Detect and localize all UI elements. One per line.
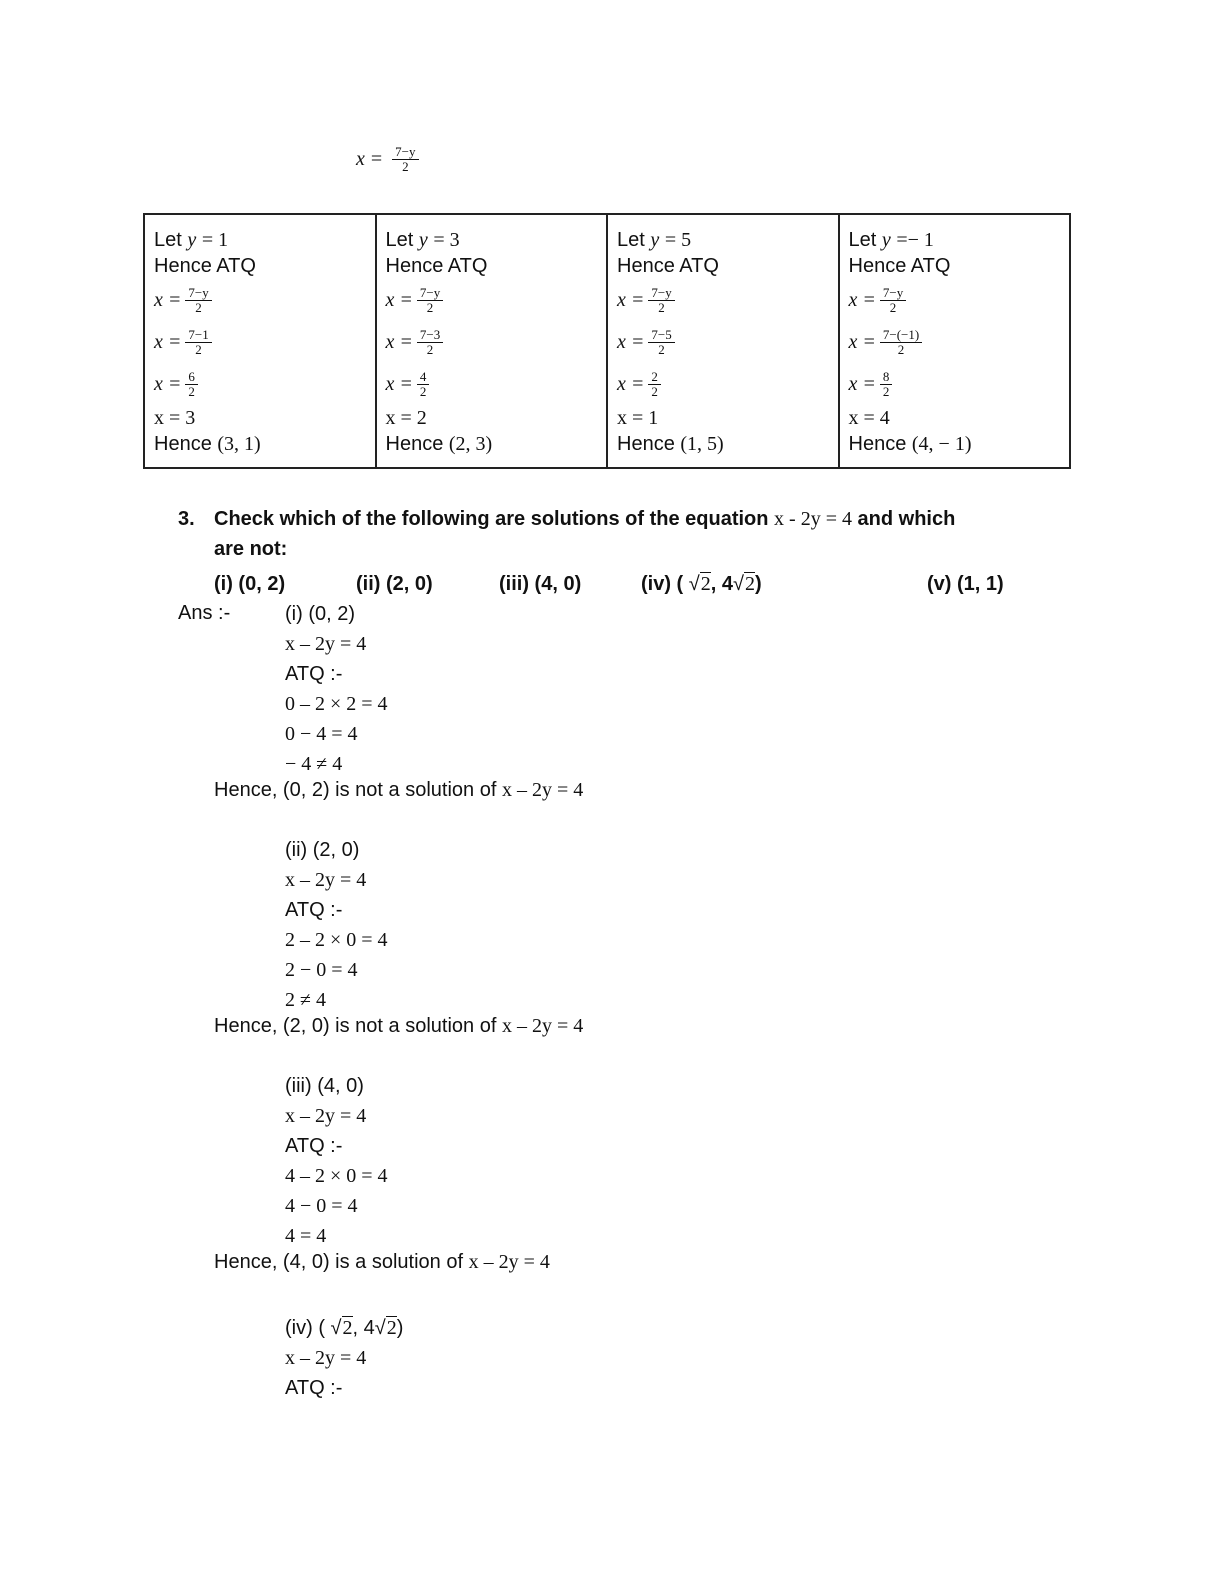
top-eq-lhs: x	[356, 148, 365, 171]
sqrt-icon: √	[733, 573, 744, 595]
conclusion-i: Hence, (0, 2) is not a solution of x – 2…	[214, 779, 583, 802]
answer-part-iii: (iii) (4, 0) x – 2y = 4 ATQ :- 4 – 2 × 0…	[285, 1071, 388, 1251]
table-cell-y1: Let y = 1 Hence ATQ x =7−y2 x =7−12 x =6…	[144, 214, 376, 468]
question-3-number: 3.	[178, 508, 195, 531]
option-i: (i) (0, 2)	[214, 573, 285, 596]
table-cell-y5: Let y = 5 Hence ATQ x =7−y2 x =7−52 x =2…	[607, 214, 839, 468]
option-v: (v) (1, 1)	[927, 573, 1004, 596]
top-eq-sign: =	[371, 148, 382, 171]
sqrt-icon: √	[331, 1317, 342, 1339]
top-equation: x = 7−y 2	[356, 145, 419, 174]
option-ii: (ii) (2, 0)	[356, 573, 433, 596]
table-cell-y3: Let y = 3 Hence ATQ x =7−y2 x =7−32 x =4…	[376, 214, 608, 468]
substitution-table: Let y = 1 Hence ATQ x =7−y2 x =7−12 x =6…	[143, 213, 1071, 469]
option-iii: (iii) (4, 0)	[499, 573, 581, 596]
answer-part-i: (i) (0, 2) x – 2y = 4 ATQ :- 0 – 2 × 2 =…	[285, 599, 388, 779]
table-cell-y-minus1: Let y =− 1 Hence ATQ x =7−y2 x =7−(−1)2 …	[839, 214, 1071, 468]
answer-part-iv: (iv) ( √2, 4√2) x – 2y = 4 ATQ :-	[285, 1313, 403, 1403]
sqrt-icon: √	[689, 573, 700, 595]
answer-label: Ans :-	[178, 602, 230, 625]
top-eq-fraction: 7−y 2	[392, 145, 418, 174]
option-iv: (iv) ( √2, 4√2)	[641, 573, 762, 596]
conclusion-ii: Hence, (2, 0) is not a solution of x – 2…	[214, 1015, 583, 1038]
cell-atq: Hence ATQ	[154, 253, 367, 279]
sqrt-icon: √	[375, 1317, 386, 1339]
answer-part-ii: (ii) (2, 0) x – 2y = 4 ATQ :- 2 – 2 × 0 …	[285, 835, 388, 1015]
question-3-line1: Check which of the following are solutio…	[214, 508, 955, 531]
conclusion-iii: Hence, (4, 0) is a solution of x – 2y = …	[214, 1251, 550, 1274]
question-3-line2: are not:	[214, 538, 287, 561]
